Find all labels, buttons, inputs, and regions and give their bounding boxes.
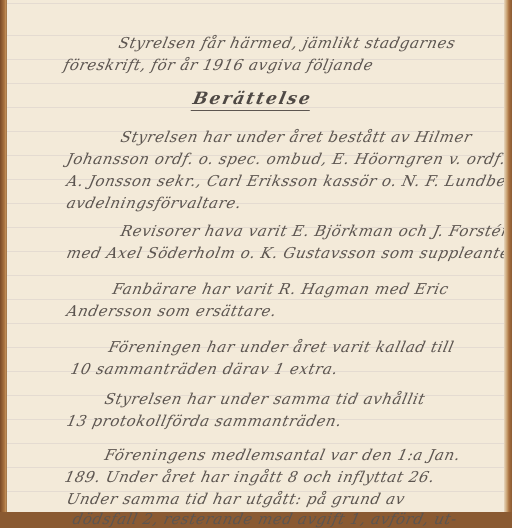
para2-line-2: med Axel Söderholm o. K. Gustavsson som … [65,244,512,262]
para6-line-3: Under samma tid har utgått: på grund av [65,490,407,508]
para1-line-2: Johansson ordf. o. spec. ombud, E. Höorn… [65,150,512,168]
intro-line-1: Styrelsen får härmed, jämlikt stadgarnes [117,34,457,52]
para4-line-1: Föreningen har under året varit kallad t… [107,338,456,356]
para1-line-3: A. Jonsson sekr., Carl Eriksson kassör o… [65,172,512,190]
document-title: Berättelse [191,89,314,111]
intro-line-2: föreskrift, för år 1916 avgiva följande [62,56,375,74]
para3-line-1: Fanbärare har varit R. Hagman med Eric [111,280,451,298]
para4-line-2: 10 sammanträden därav 1 extra. [69,360,340,378]
ledger-page: Styrelsen får härmed, jämlikt stadgarnes… [7,0,505,512]
para6-line-1: Föreningens medlemsantal var den 1:a Jan… [103,446,462,464]
para5-line-2: 13 protokollförda sammanträden. [65,412,344,430]
para1-line-4: avdelningsförvaltare. [65,194,243,212]
para1-line-1: Styrelsen har under året bestått av Hilm… [119,128,474,146]
page-edge [504,0,512,512]
para3-line-2: Andersson som ersättare. [65,302,278,320]
para5-line-1: Styrelsen har under samma tid avhållit [103,390,427,408]
para2-line-1: Revisorer hava varit E. Björkman och J. … [119,222,512,240]
para6-line-2: 189. Under året har ingått 8 och inflytt… [63,468,437,486]
